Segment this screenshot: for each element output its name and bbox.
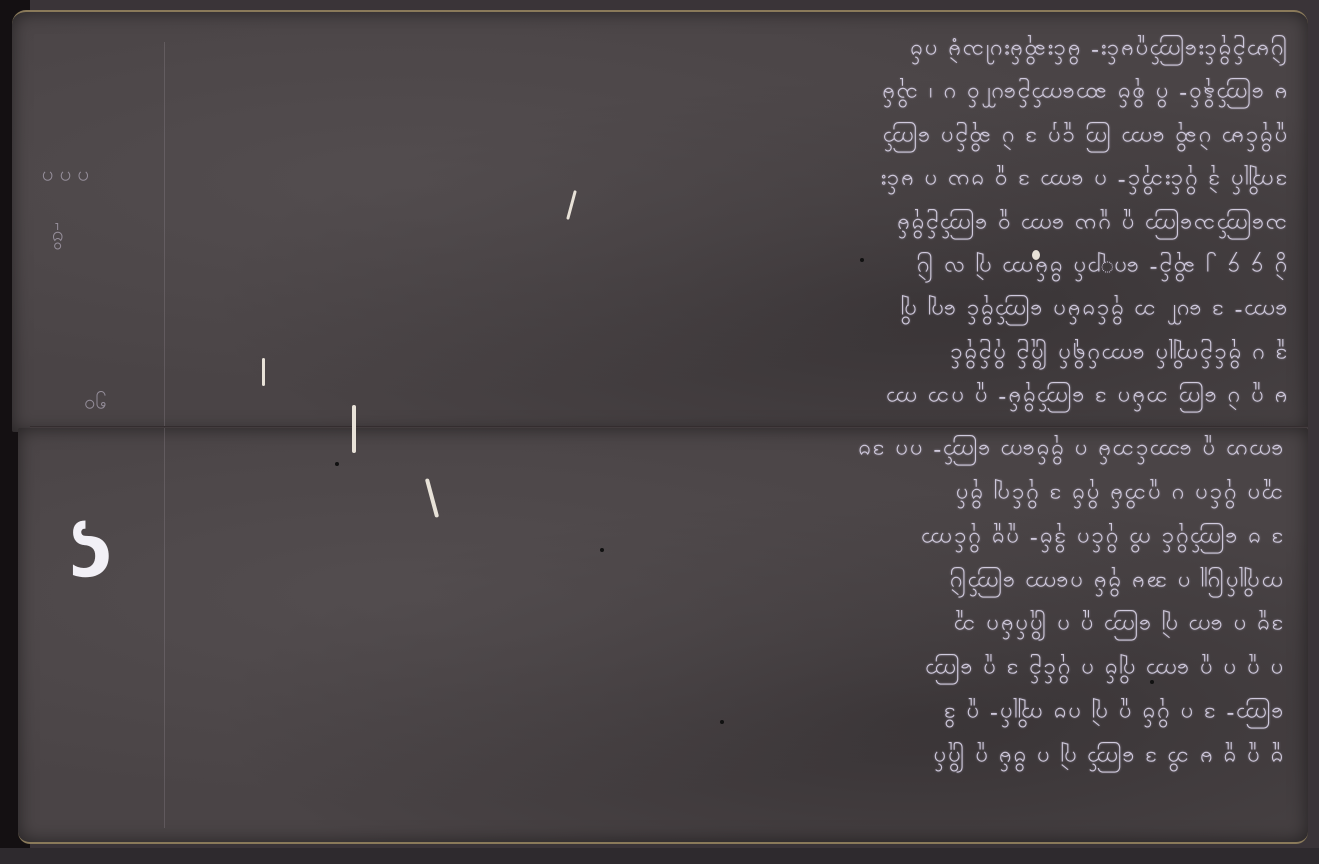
script-line: ပွဲ ၄ ၄ ၂ ဆိုဉ်- ဂေျာဂ် ဗိမ်ကာ ဂျဲ လ ပြဲ [177,251,1287,284]
margin-note: ၅၀ [84,390,107,420]
script-line: ဘူဂ ပိုင်ဂ ပ ဂူဘိမ် ဂိုဗ် ဒ ပိုင်ဂျ ဗိုဂ… [173,478,1283,511]
top-folio-text: ပြဲမာဉ်ဗိုင်းကြော်ဂူမင်း- မိင်းဆိုမ်းပါသ… [177,34,1287,414]
script-line: ဒ ဗ ကြော်ပိုင် ကိ ပိုင်ဂ ဒိုဗ်- ဂူဗူ ပို… [173,522,1283,555]
script-line: မ ကြော်နိုဝ်- ဂိ စိုဗ် ဆာကော်ဉ်ပေါ်ဝ် ပ … [177,77,1287,110]
margin-rule [164,428,165,828]
script-line: ဂူဗိုင်မာ ပဲဆို ကော ကြ ငူဂှ ဒ ပဲ ဆိုဉ်ဂ … [177,121,1287,154]
script-line: ပြဲမာဉ်ဗိုင်းကြော်ဂူမင်း- မိင်းဆိုမ်းပါသ… [177,34,1287,67]
script-line: ဒဗူ ဂ ဂော ဂျဲ ကြော ဂူ ဂ ဂြိုဂ်မ်ဂ ဘူ [173,609,1283,642]
paper-chip [1032,250,1040,260]
margin-mark: ς [68,518,112,604]
script-line: ဂ ဂူ ဂ ဂူ ကော ဂျိဗ် ဂ ပိုင်ဉ် ဒ ဂူ ကြော [173,653,1283,686]
manuscript-top-folio: ပြဲမာဉ်ဗိုင်းကြော်ဂူမင်း- မိင်းဆိုမ်းပါသ… [12,10,1308,432]
wormhole [600,548,604,552]
paper-crack [352,405,356,453]
script-line: ဒကျိုဂ် ဒုဲ ပိုင်းဘိုင်- ဂ ကော ဒ ဝူ ဗယ ဂ… [177,164,1287,197]
script-line: မ ဂူ ပဲ ကြေ ဘမ်ဂ ဒ ကြော်ဗိုမ်- ဂူ ဂဘ ကာ [177,381,1287,414]
bottom-folio-text: ဂောဟ ဂူ ဘောင်ဘမ် ဂ ဗိုဗ်ဂော ကြော်- ဂဂ ဒဗ… [173,434,1283,774]
script-line: ကဂျိုဂ်ပြူ ဂ အမ ဗိုမ် ဂကော ကြော်ပြဲ [173,566,1283,599]
margin-note: ဗို [52,222,63,252]
script-line: ဗူ ဂူ ဗူ မ ဘိ ဒ ကြော် ဂျဲ ဂ ဗိမ် ဂူ ဂြို… [173,741,1283,774]
paper-crack [262,358,265,386]
script-line: ကြော- ဒ ဂ ပိုဗ် ဂူ ဂျဲ ဂဗ ကျိုဂ်- ဂူ ဒိ [173,697,1283,730]
wormhole [720,720,724,724]
manuscript-bottom-folio: ဂောဟ ဂူ ဘောင်ဘမ် ဂ ဗိုဗ်ဂော ကြော်- ဂဂ ဒဗ… [18,428,1308,844]
wormhole [335,462,339,466]
script-line: ကော- ဒ ပေါ် ဘ ဗိုင်ဗမ်ဂ ကြော်ဗိုင် ဂျေ ဂ… [177,294,1287,327]
margin-note: ဂ ဂ ဂ [42,162,89,192]
wormhole [860,258,864,262]
script-line: သကြော်သကြော ဂူ ပူယ ကော ဝူ ကြော်ဉ်ဗိုမ် [177,208,1287,241]
script-line: ဒူ ပ ဗိုင်ဉ်ကျိုဂ် ကောပ်ရိုဂ် ဂြိုဉ် ဂို… [177,338,1287,371]
wormhole [1150,680,1154,684]
margin-rule [164,42,165,432]
script-line: ဂောဟ ဂူ ဘောင်ဘမ် ဂ ဗိုဗ်ဂော ကြော်- ဂဂ ဒဗ [173,434,1283,467]
background-surface [0,848,1319,864]
